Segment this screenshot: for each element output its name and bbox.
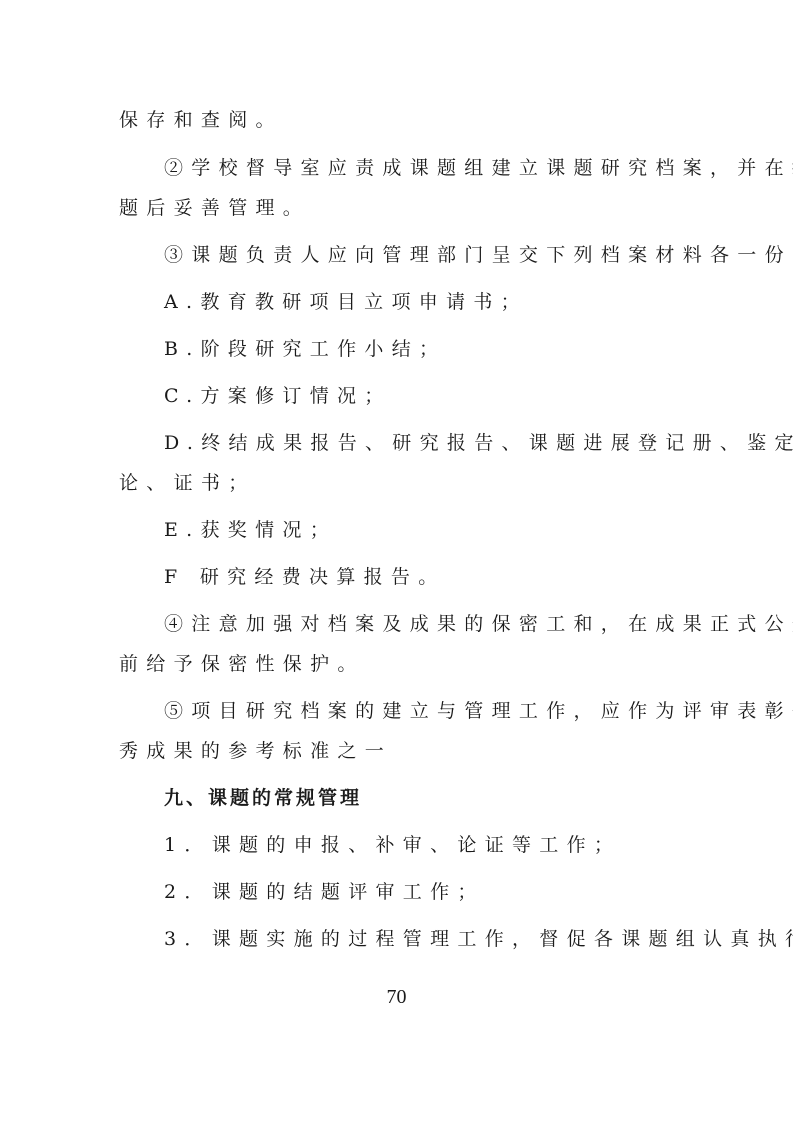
section-item-3: 3．课题实施的过程管理工作，督促各课题组认真执行 bbox=[164, 927, 793, 951]
paragraph-item-5-line-2: 秀成果的参考标准之一 bbox=[119, 739, 392, 763]
list-item-a: A.教育教研项目立项申请书； bbox=[164, 290, 528, 314]
paragraph-continuation: 保存和查阅。 bbox=[119, 108, 283, 132]
section-item-2: 2．课题的结题评审工作； bbox=[164, 880, 485, 904]
list-item-b: B.阶段研究工作小结； bbox=[164, 337, 446, 361]
paragraph-item-5-line-1: ⑤项目研究档案的建立与管理工作，应作为评审表彰优 bbox=[164, 699, 793, 723]
paragraph-item-2-line-2: 题后妥善管理。 bbox=[119, 196, 310, 220]
paragraph-item-3: ③课题负责人应向管理部门呈交下列档案材料各一份： bbox=[164, 243, 793, 267]
paragraph-item-4-line-1: ④注意加强对档案及成果的保密工和，在成果正式公开 bbox=[164, 612, 793, 636]
paragraph-item-2-line-1: ②学校督导室应责成课题组建立课题研究档案，并在结 bbox=[164, 156, 793, 180]
list-item-c: C.方案修订情况； bbox=[164, 384, 392, 408]
list-item-d-line-1: D.终结成果报告、研究报告、课题进展登记册、鉴定结 bbox=[164, 431, 793, 455]
list-item-f: F 研究经费决算报告。 bbox=[164, 565, 446, 589]
section-item-1: 1．课题的申报、补审、论证等工作； bbox=[164, 833, 621, 857]
section-heading: 九、课题的常规管理 bbox=[164, 786, 362, 810]
list-item-e: E.获奖情况； bbox=[164, 518, 337, 542]
page-number: 70 bbox=[0, 986, 793, 1009]
list-item-d-line-2: 论、证书； bbox=[119, 471, 256, 495]
paragraph-item-4-line-2: 前给予保密性保护。 bbox=[119, 652, 365, 676]
